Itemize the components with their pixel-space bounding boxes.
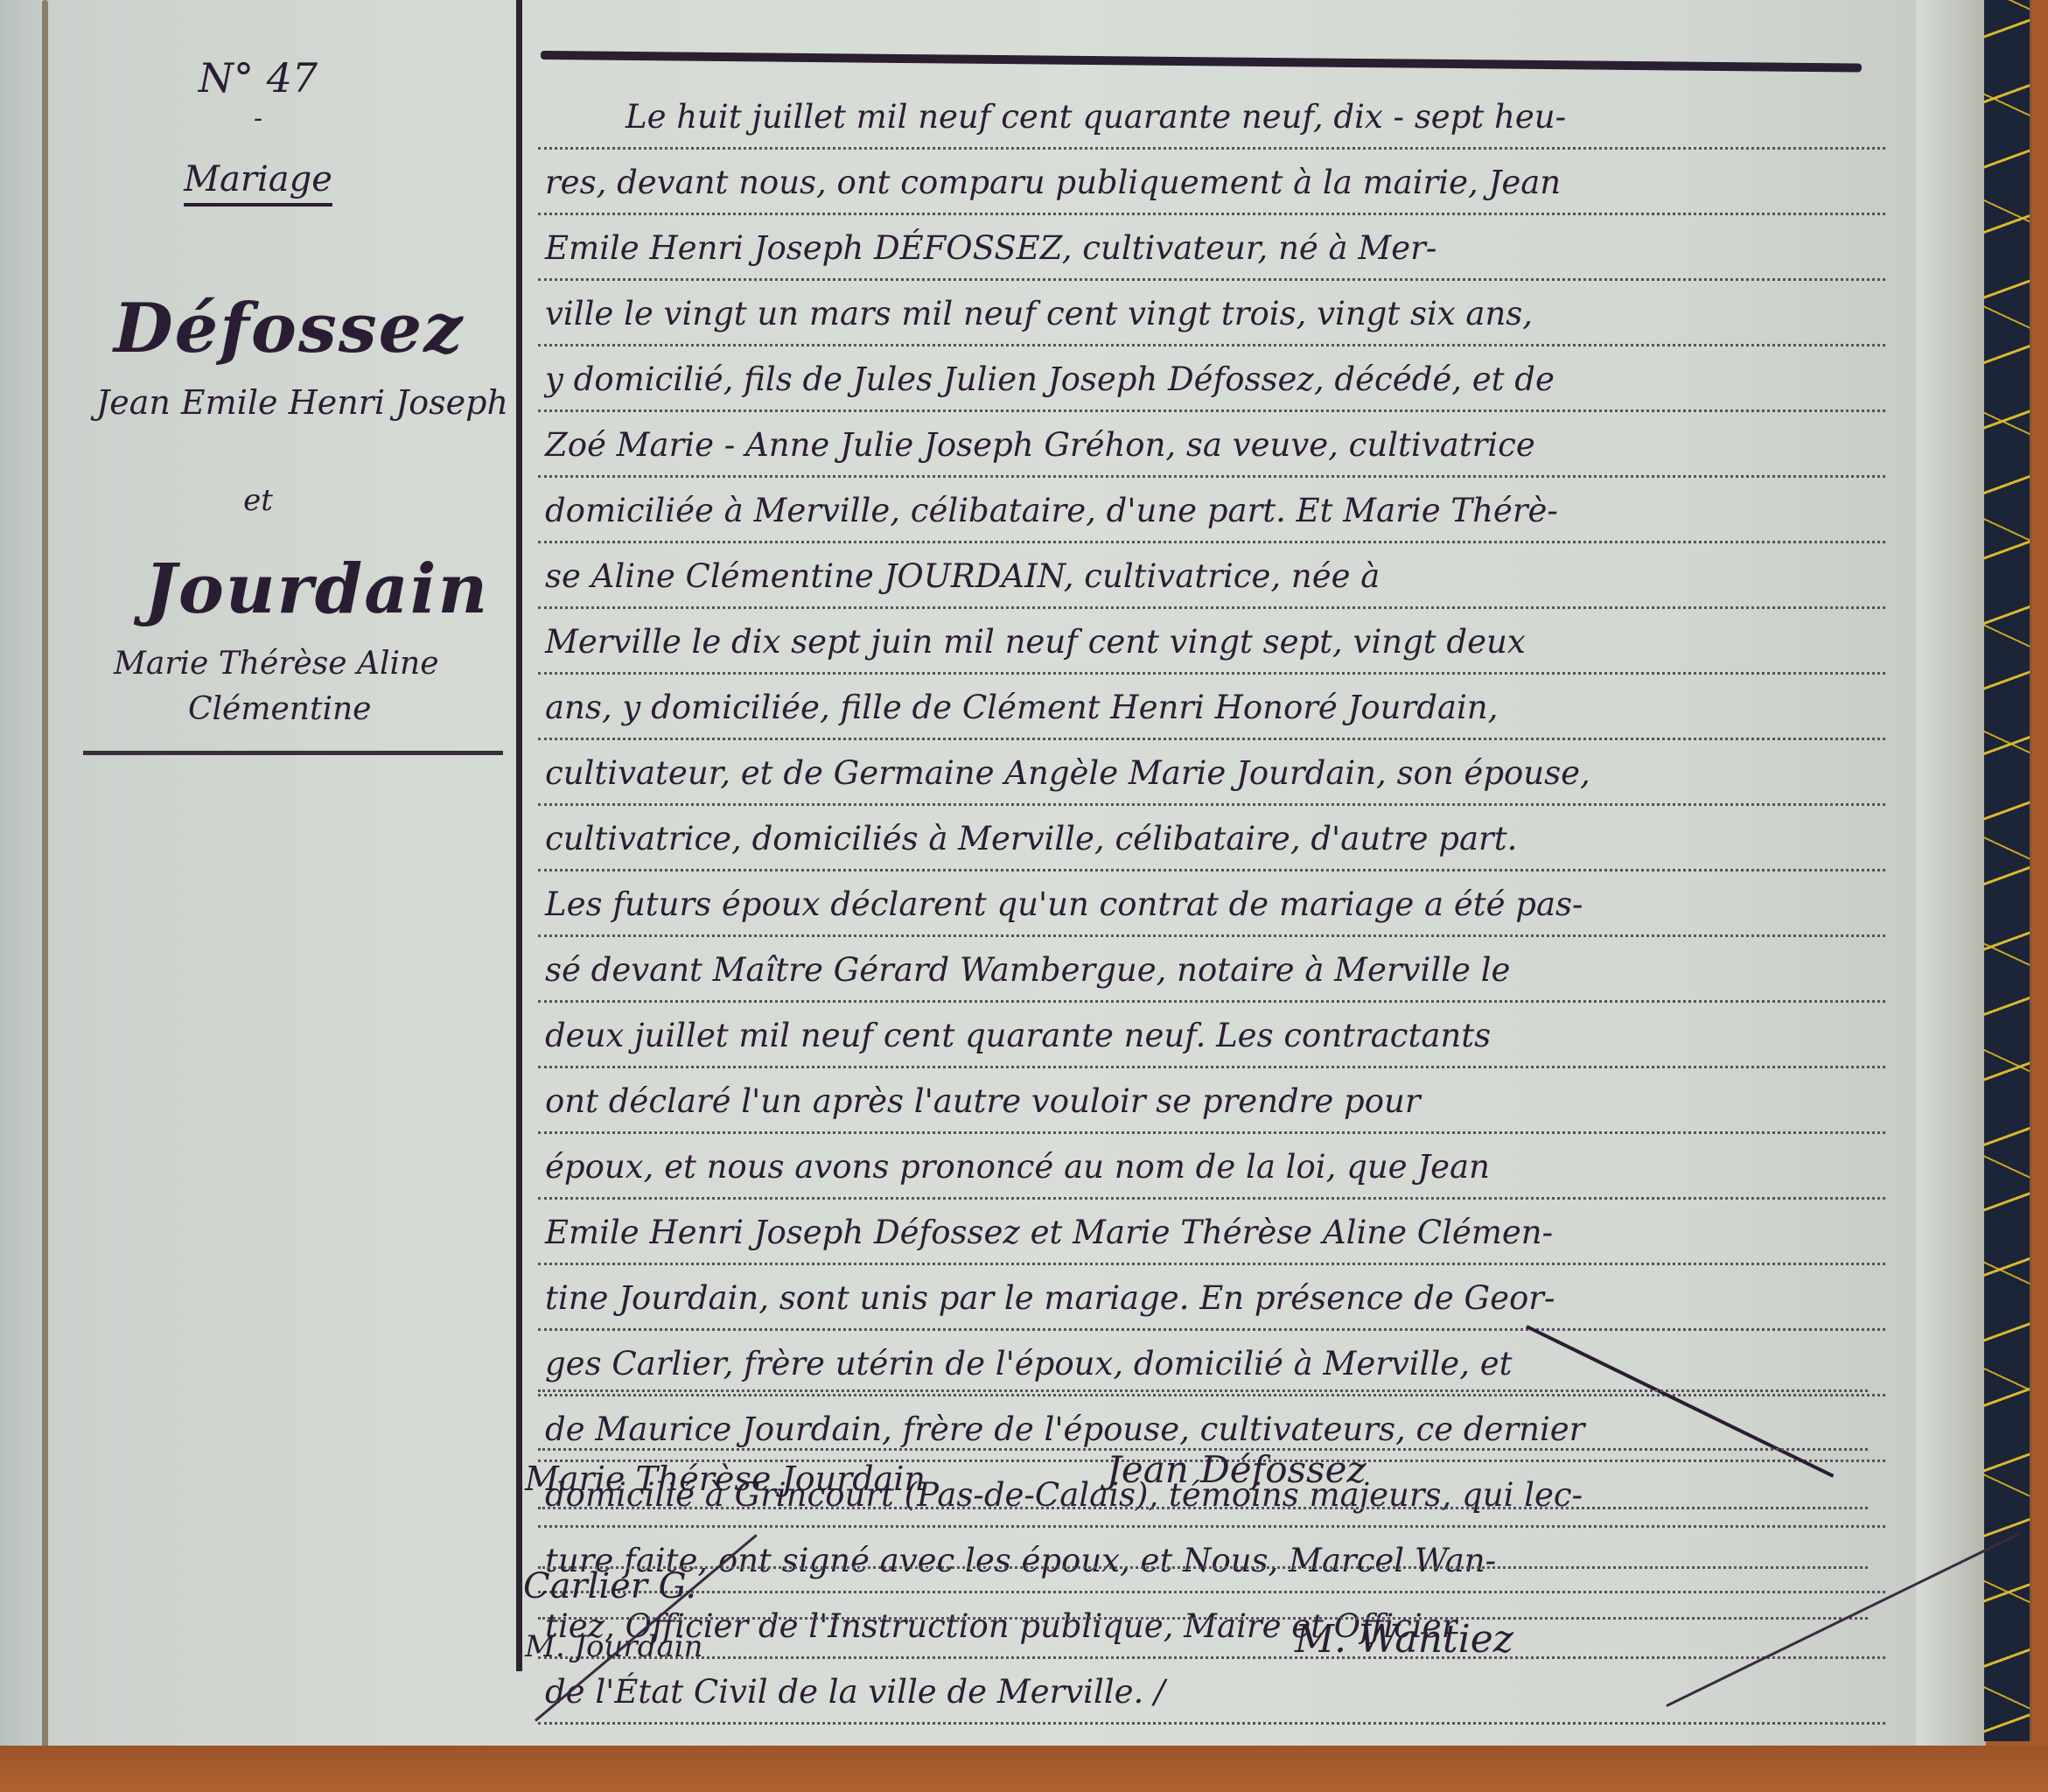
- margin-bottom-rule: [83, 751, 503, 755]
- signature-bride: Marie Thérèse Jourdain: [525, 1459, 926, 1498]
- record-line: tine Jourdain, sont unis par le mariage.…: [538, 1265, 1885, 1331]
- wooden-table-surface: [0, 1746, 2048, 1792]
- record-line: domiciliée à Merville, célibataire, d'un…: [538, 478, 1885, 543]
- entry-number: N° 47: [0, 54, 516, 101]
- record-line: Le huit juillet mil neuf cent quarante n…: [538, 84, 1885, 150]
- marbled-cover-edge: [1984, 0, 2032, 1741]
- signature-mayor: M. Wantiez: [1295, 1617, 1513, 1662]
- record-line: Zoé Marie - Anne Julie Joseph Gréhon, sa…: [538, 412, 1885, 478]
- record-line: y domicilié, fils de Jules Julien Joseph…: [538, 346, 1885, 412]
- record-line: sé devant Maître Gérard Wambergue, notai…: [538, 937, 1885, 1003]
- record-line: cultivateur, et de Germaine Angèle Marie…: [538, 740, 1885, 806]
- record-line: tiez, Officier de l'Instruction publique…: [538, 1593, 1885, 1659]
- record-line: de l'État Civil de la ville de Merville.…: [538, 1659, 1885, 1725]
- empty-ruled-line: [538, 1566, 1868, 1569]
- record-line: ont déclaré l'un après l'autre vouloir s…: [538, 1068, 1885, 1134]
- previous-page-edge: [0, 0, 45, 1754]
- record-line: cultivatrice, domiciliés à Merville, cél…: [538, 806, 1885, 871]
- signature-groom: Jean Défossez: [1107, 1448, 1366, 1491]
- record-line: deux juillet mil neuf cent quarante neuf…: [538, 1003, 1885, 1068]
- record-line: Merville le dix sept juin mil neuf cent …: [538, 609, 1885, 675]
- record-line: ges Carlier, frère utérin de l'époux, do…: [538, 1331, 1885, 1396]
- margin-conjunction: et: [0, 483, 516, 518]
- record-line: époux, et nous avons prononcé au nom de …: [538, 1134, 1885, 1200]
- page-fold-line: [42, 0, 48, 1754]
- bride-given-names-line2: Clémentine: [188, 691, 371, 727]
- groom-surname: Défossez: [114, 289, 465, 368]
- signature-witness-jourdain: M. Jourdain: [525, 1629, 703, 1664]
- groom-given-names: Jean Emile Henri Joseph: [96, 383, 508, 422]
- bride-surname: Jourdain: [144, 549, 489, 629]
- page-stack-edge: [1916, 0, 1986, 1746]
- record-line: Les futurs époux déclarent qu'un contrat…: [538, 871, 1885, 937]
- record-line: se Aline Clémentine JOURDAIN, cultivatri…: [538, 543, 1885, 609]
- signature-witness-carlier: Carlier G.: [523, 1566, 696, 1606]
- empty-ruled-line: [538, 1617, 1868, 1620]
- record-line: ture faite, ont signé avec les époux, et…: [538, 1528, 1885, 1593]
- empty-ruled-line: [538, 1507, 1868, 1509]
- entry-separator: -: [0, 103, 516, 134]
- empty-ruled-line: [538, 1389, 1868, 1392]
- record-line: ans, y domiciliée, fille de Clément Henr…: [538, 675, 1885, 740]
- record-line: Emile Henri Joseph DÉFOSSEZ, cultivateur…: [538, 215, 1885, 281]
- margin-divider-line: [516, 0, 522, 1671]
- record-line: ville le vingt un mars mil neuf cent vin…: [538, 281, 1885, 346]
- record-line: res, devant nous, ont comparu publiqueme…: [538, 150, 1885, 215]
- bride-given-names-line1: Marie Thérèse Aline: [114, 646, 439, 682]
- entry-type: Mariage: [0, 159, 516, 199]
- record-line: Emile Henri Joseph Défossez et Marie Thé…: [538, 1200, 1885, 1265]
